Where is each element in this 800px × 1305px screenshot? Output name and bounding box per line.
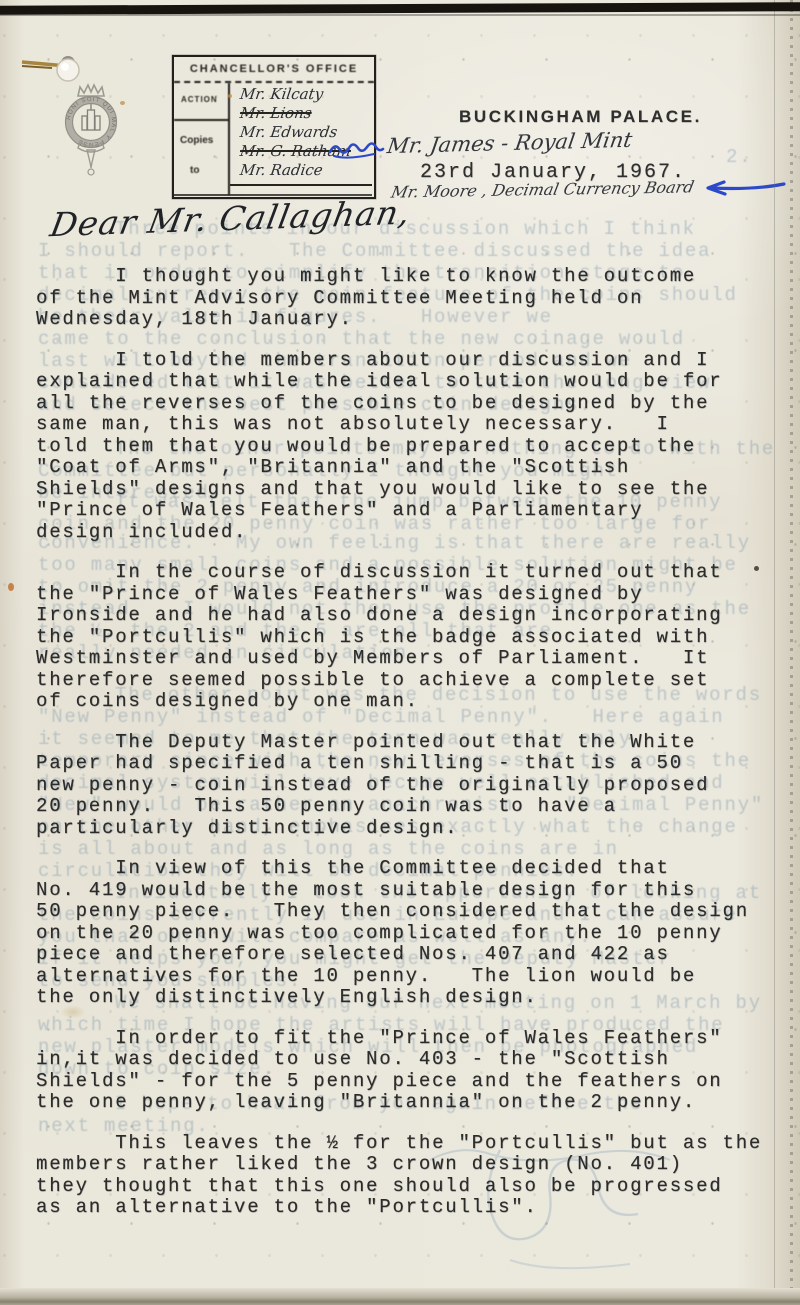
stamp-label-to: to	[190, 165, 199, 176]
chancellors-office-stamp: CHANCELLOR'S OFFICE ACTION Copies to Mr.…	[172, 55, 376, 199]
routing-name: Mr. Radice	[229, 161, 376, 180]
foxing-spot	[228, 94, 232, 98]
letter-paragraph: In the course of discussion it turned ou…	[36, 562, 788, 713]
paper-right-edge	[790, 0, 793, 1305]
routing-name-struck: Mr. Lions	[229, 104, 376, 123]
letter-paragraph: In order to fit the "Prince of Wales Fea…	[36, 1028, 788, 1114]
ghost-bleed-line: I should report. The Committee discussed…	[38, 240, 711, 262]
stamp-title: CHANCELLOR'S OFFICE	[174, 57, 374, 83]
letter-paragraph: I told the members about our discussion …	[36, 350, 788, 544]
scan-top-edge-line	[0, 14, 800, 16]
letter-paragraph: The Deputy Master pointed out that the W…	[36, 732, 788, 840]
letter-paragraph: In view of this the Committee decided th…	[36, 858, 788, 1009]
stamp-row-labels: ACTION Copies to	[174, 83, 230, 195]
blue-ink-scribble	[326, 136, 386, 162]
ghost-bleed-line: 2.	[726, 146, 752, 168]
royal-garter-crest: HONI SOIT QUI MAL Y PENSE	[58, 80, 124, 180]
letterhead-title: BUCKINGHAM PALACE.	[459, 107, 702, 127]
foxing-spot	[120, 101, 125, 105]
letter-body: I thought you might like to know the out…	[36, 266, 788, 1238]
stamp-label-action: ACTION	[181, 95, 218, 104]
scanned-letter-page: 2.Three points in our discussion which I…	[0, 0, 800, 1305]
paper-crease	[774, 0, 775, 1305]
routing-name: Mr. Kilcaty	[229, 85, 376, 104]
letter-paragraph: This leaves the ½ for the "Portcullis" b…	[36, 1133, 788, 1219]
scan-bottom-edge	[0, 1288, 800, 1305]
stamp-label-copies: Copies	[180, 135, 213, 146]
letter-paragraph: I thought you might like to know the out…	[36, 266, 788, 331]
foxing-spot	[8, 583, 14, 591]
stain	[60, 1005, 86, 1019]
ink-speck	[754, 566, 759, 571]
